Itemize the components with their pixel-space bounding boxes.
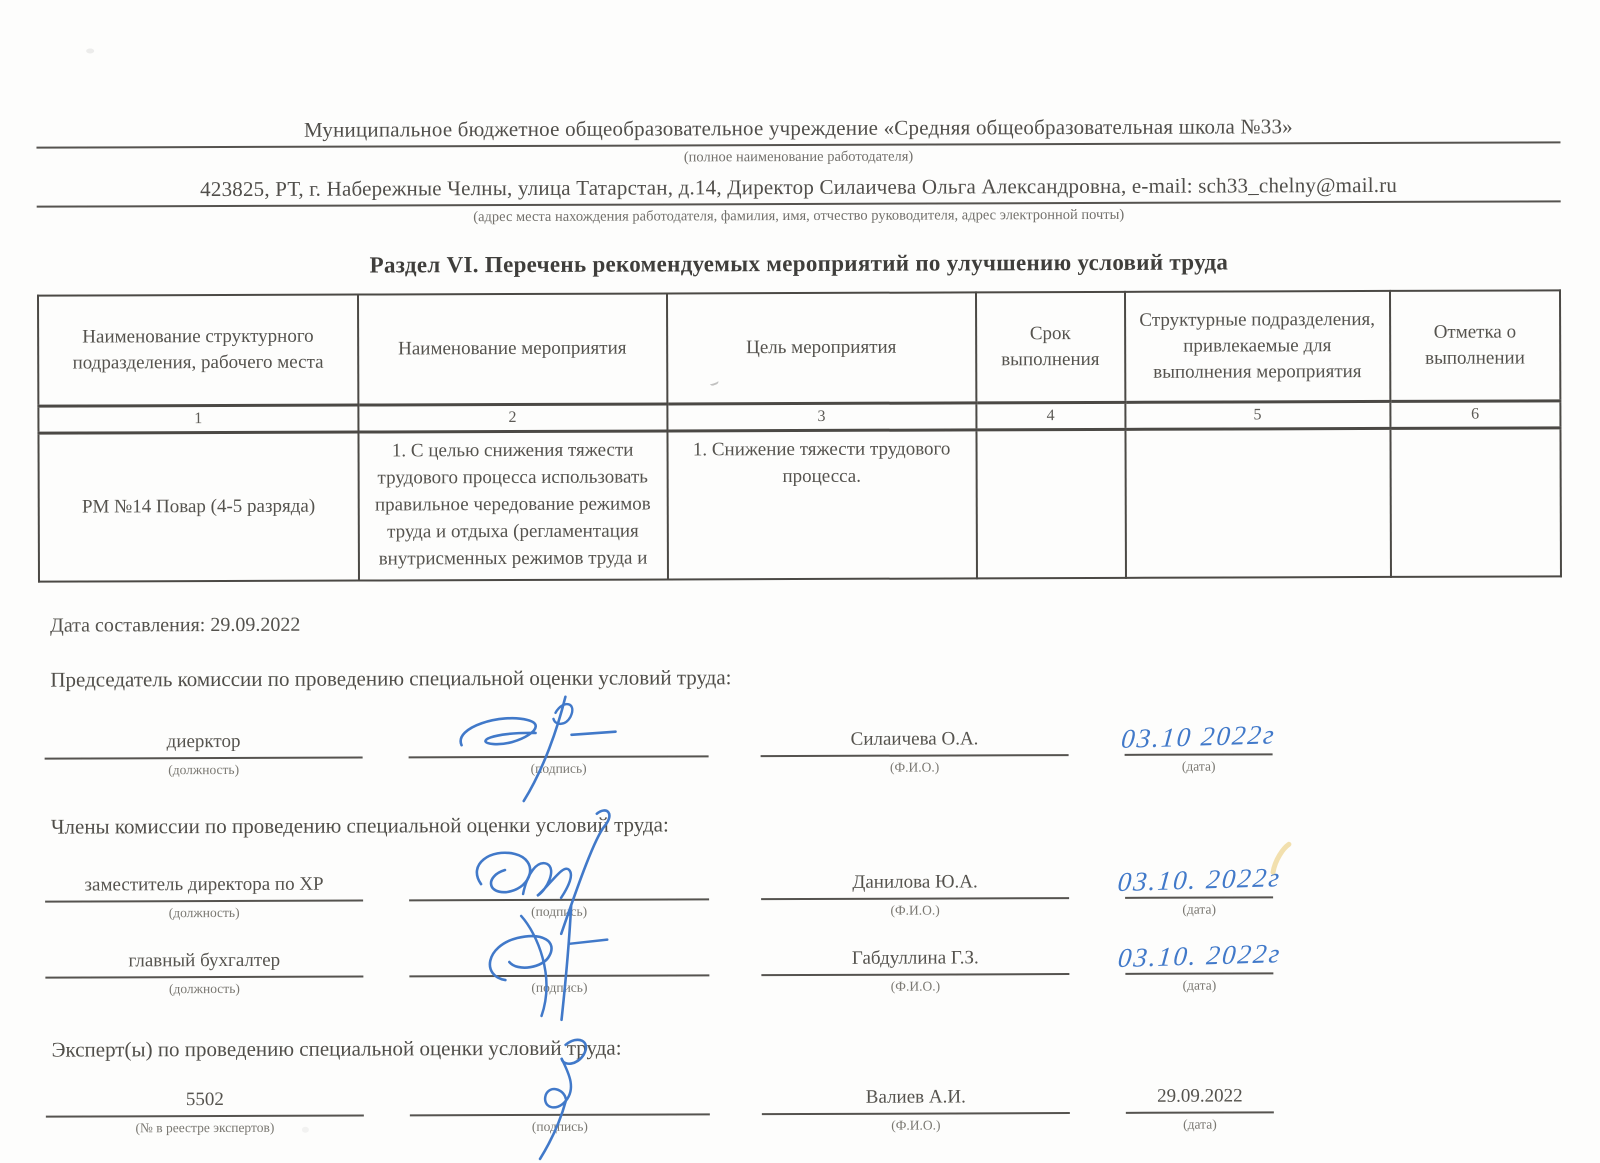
measures-table: Наименование структурного подразделения,…: [37, 289, 1562, 582]
cell-workplace: РМ №14 Повар (4-5 разряда): [38, 432, 358, 582]
name-value: Силаичева О.А.: [761, 727, 1069, 757]
date-field: 29.09.2022 (дата): [1126, 1084, 1274, 1133]
handwritten-date: 03.10. 2022г: [1116, 938, 1282, 974]
name-field: Данилова Ю.А. (Ф.И.О.): [761, 870, 1069, 919]
printed-date: 29.09.2022: [1126, 1084, 1274, 1114]
date-field: 03.10. 2022г (дата): [1125, 937, 1273, 994]
employer-name-caption: (полное наименование работодателя): [36, 146, 1560, 168]
col-header-workplace: Наименование структурного подразделения,…: [38, 295, 358, 406]
col-header-measure: Наименование мероприятия: [358, 293, 667, 404]
col-number: 2: [358, 403, 667, 431]
position-field: диерктор (должность): [45, 729, 363, 778]
name-caption: (Ф.И.О.): [761, 902, 1069, 919]
name-field: Силаичева О.А. (Ф.И.О.): [761, 727, 1069, 776]
cell-goal: 1. Снижение тяжести трудового процесса.: [667, 429, 976, 579]
col-header-departments: Структурные подразделения, привлекаемые …: [1125, 291, 1390, 402]
compilation-date: Дата составления: 29.09.2022: [50, 609, 1562, 637]
position-value: диерктор: [45, 729, 363, 759]
employer-info-caption: (адрес места нахождения работодателя, фа…: [37, 205, 1561, 227]
position-caption: (должность): [45, 980, 363, 997]
col-header-goal: Цель мероприятия: [667, 292, 976, 403]
registry-field: 5502 (№ в реестре экспертов): [46, 1087, 364, 1136]
cell-departments: [1125, 428, 1390, 577]
measure-text: 1. С целью снижения тяжести трудового пр…: [367, 436, 658, 575]
employer-info: 423825, РТ, г. Набережные Челны, улица Т…: [37, 172, 1561, 207]
chairman-heading: Председатель комиссии по проведению спец…: [50, 662, 1562, 692]
cell-deadline: [976, 429, 1126, 578]
position-value: заместитель директора по ХР: [45, 872, 363, 902]
position-caption: (должность): [45, 761, 363, 778]
document-page: Муниципальное бюджетное общеобразователь…: [0, 0, 1600, 1163]
cell-measure: 1. С целью снижения тяжести трудового пр…: [358, 430, 667, 580]
signature-field: (подпись): [410, 1086, 710, 1135]
date-caption: (дата): [1125, 758, 1273, 775]
date-field: 03.10. 2022г (дата): [1125, 861, 1273, 918]
position-field: заместитель директора по ХР (должность): [45, 872, 363, 921]
date-caption: (дата): [1125, 977, 1273, 994]
name-caption: (Ф.И.О.): [761, 759, 1069, 776]
name-caption: (Ф.И.О.): [761, 978, 1069, 995]
signature-row-chairman: диерктор (должность) (подпись) Силаичева…: [44, 717, 1562, 778]
members-heading: Члены комиссии по проведению специальной…: [51, 809, 1563, 839]
signature-field: (подпись): [409, 728, 709, 777]
name-caption: (Ф.И.О.): [762, 1117, 1070, 1134]
name-field: Габдуллина Г.З. (Ф.И.О.): [761, 946, 1069, 995]
signature-row-member-1: заместитель директора по ХР (должность) …: [45, 860, 1563, 921]
col-header-deadline: Срок выполнения: [976, 292, 1126, 403]
signature-row-member-2: главный бухгалтер (должность) (подпись) …: [45, 936, 1563, 997]
date-caption: (дата): [1126, 1116, 1274, 1133]
name-value: Габдуллина Г.З.: [761, 946, 1069, 976]
date-field: 03.10 2022г (дата): [1124, 718, 1272, 775]
name-value: Данилова Ю.А.: [761, 870, 1069, 900]
signature-caption: (подпись): [409, 903, 709, 920]
signature-caption: (подпись): [409, 760, 709, 777]
handwritten-date: 03.10 2022г: [1120, 719, 1277, 755]
col-number: 6: [1390, 400, 1561, 428]
signature-field: (подпись): [409, 947, 709, 996]
name-value: Валиев А.И.: [762, 1085, 1070, 1115]
col-header-completion: Отметка о выполнении: [1390, 290, 1561, 401]
position-field: главный бухгалтер (должность): [45, 948, 363, 997]
position-caption: (должность): [45, 904, 363, 921]
signature-caption: (подпись): [410, 1118, 710, 1135]
cell-completion: [1390, 427, 1561, 576]
position-value: главный бухгалтер: [45, 948, 363, 978]
date-caption: (дата): [1125, 901, 1273, 918]
handwritten-date: 03.10. 2022г: [1116, 862, 1282, 898]
name-field: Валиев А.И. (Ф.И.О.): [762, 1085, 1070, 1134]
col-number: 5: [1125, 401, 1390, 429]
registry-value: 5502: [46, 1087, 364, 1117]
col-number: 3: [667, 402, 976, 430]
registry-caption: (№ в реестре экспертов): [46, 1119, 364, 1136]
scan-speck: [86, 48, 94, 53]
employer-name: Муниципальное бюджетное общеобразователь…: [36, 113, 1560, 148]
table-header-row: Наименование структурного подразделения,…: [38, 290, 1560, 405]
signature-field: (подпись): [409, 871, 709, 920]
col-number: 4: [976, 402, 1125, 430]
signature-caption: (подпись): [409, 979, 709, 996]
section-title: Раздел VI. Перечень рекомендуемых меропр…: [37, 248, 1561, 279]
experts-heading: Эксперт(ы) по проведению специальной оце…: [52, 1032, 1564, 1062]
signature-row-expert: 5502 (№ в реестре экспертов) (подпись) В…: [46, 1083, 1564, 1136]
table-row: РМ №14 Повар (4-5 разряда) 1. С целью сн…: [38, 427, 1561, 581]
col-number: 1: [38, 405, 358, 433]
